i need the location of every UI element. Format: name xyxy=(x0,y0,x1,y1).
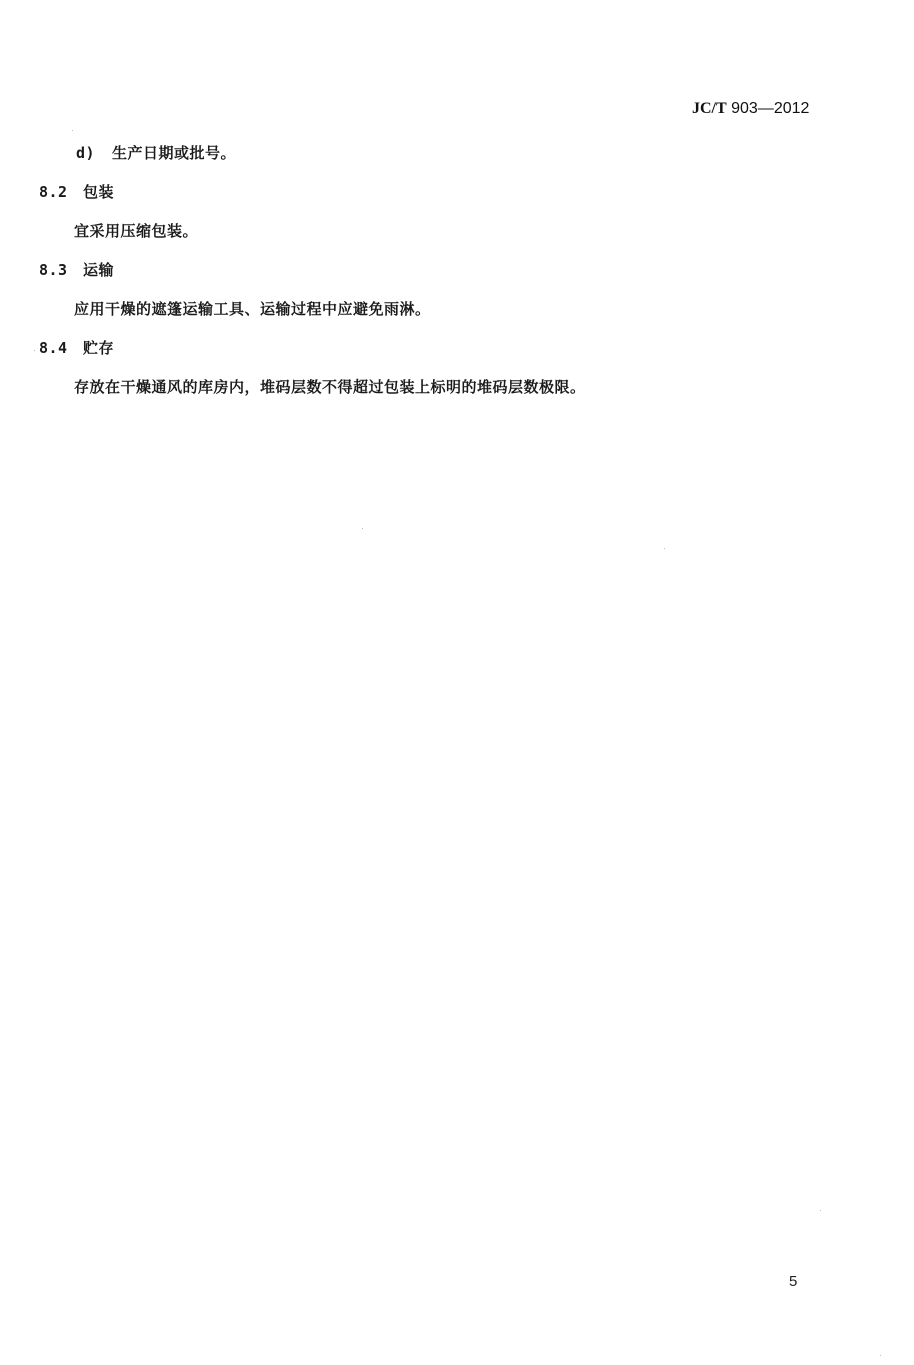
page-number: 5 xyxy=(789,1273,797,1290)
section-number: 8.4 xyxy=(39,338,83,358)
list-item-text: 生产日期或批号。 xyxy=(112,144,236,162)
list-item-d: d)生产日期或批号。 xyxy=(76,143,236,163)
section-body-8-4: 存放在干燥通风的库房内，堆码层数不得超过包装上标明的堆码层数极限。 xyxy=(74,377,586,397)
scan-speck xyxy=(34,350,35,351)
section-body-8-2: 宜采用压缩包装。 xyxy=(74,221,198,241)
section-number: 8.2 xyxy=(39,182,83,202)
section-title: 贮存 xyxy=(83,339,114,357)
standard-number: 903—2012 xyxy=(727,100,810,117)
scan-speck xyxy=(362,528,363,529)
scan-speck xyxy=(664,548,665,549)
section-title: 运输 xyxy=(83,261,114,279)
section-heading-8-2: 8.2包装 xyxy=(39,182,114,202)
section-number: 8.3 xyxy=(39,260,83,280)
section-title: 包装 xyxy=(83,183,114,201)
section-heading-8-4: 8.4贮存 xyxy=(39,338,114,358)
scan-speck xyxy=(880,1355,881,1356)
standard-code-header: JC/T 903—2012 xyxy=(692,100,809,118)
document-page: JC/T 903—2012 d)生产日期或批号。 8.2包装 宜采用压缩包装。 … xyxy=(0,0,914,1365)
scan-speck xyxy=(820,1210,821,1211)
scan-speck xyxy=(72,130,73,131)
list-item-label: d) xyxy=(76,143,112,163)
standard-prefix: JC/T xyxy=(692,100,727,117)
section-body-8-3: 应用干燥的遮篷运输工具、运输过程中应避免雨淋。 xyxy=(74,299,431,319)
section-heading-8-3: 8.3运输 xyxy=(39,260,114,280)
